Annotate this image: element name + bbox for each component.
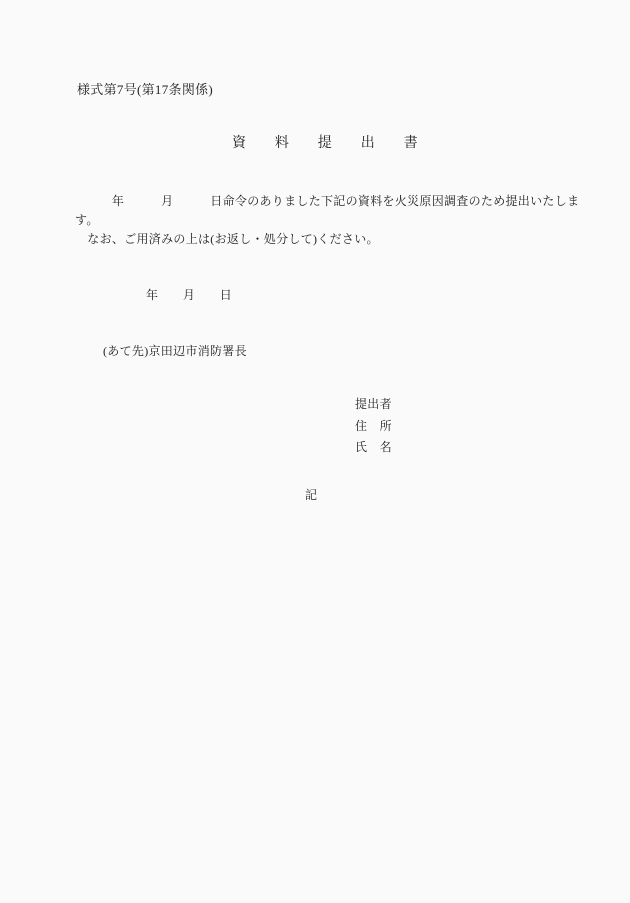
document-page: 様式第7号(第17条関係) 資 料 提 出 書 年 月 日命令のありました下記の… <box>0 0 630 903</box>
date-blank-line: 年 月 日 <box>146 289 232 301</box>
form-number: 様式第7号(第17条関係) <box>77 83 213 96</box>
body-text-line-3: なお、ご用済みの上は(お返し・処分して)ください。 <box>75 233 379 245</box>
addressee-line: (あて先)京田辺市消防署長 <box>103 345 247 357</box>
document-title: 資 料 提 出 書 <box>232 137 418 151</box>
ki-marker: 記 <box>305 489 317 501</box>
submitter-label: 提出者 <box>355 398 392 410</box>
body-text-line-2: す。 <box>75 214 99 226</box>
submitter-address-label: 住 所 <box>355 420 392 432</box>
body-text-line-1: 年 月 日命令のありました下記の資料を火災原因調査のため提出いたしま <box>75 195 579 207</box>
submitter-name-label: 氏 名 <box>355 441 392 453</box>
